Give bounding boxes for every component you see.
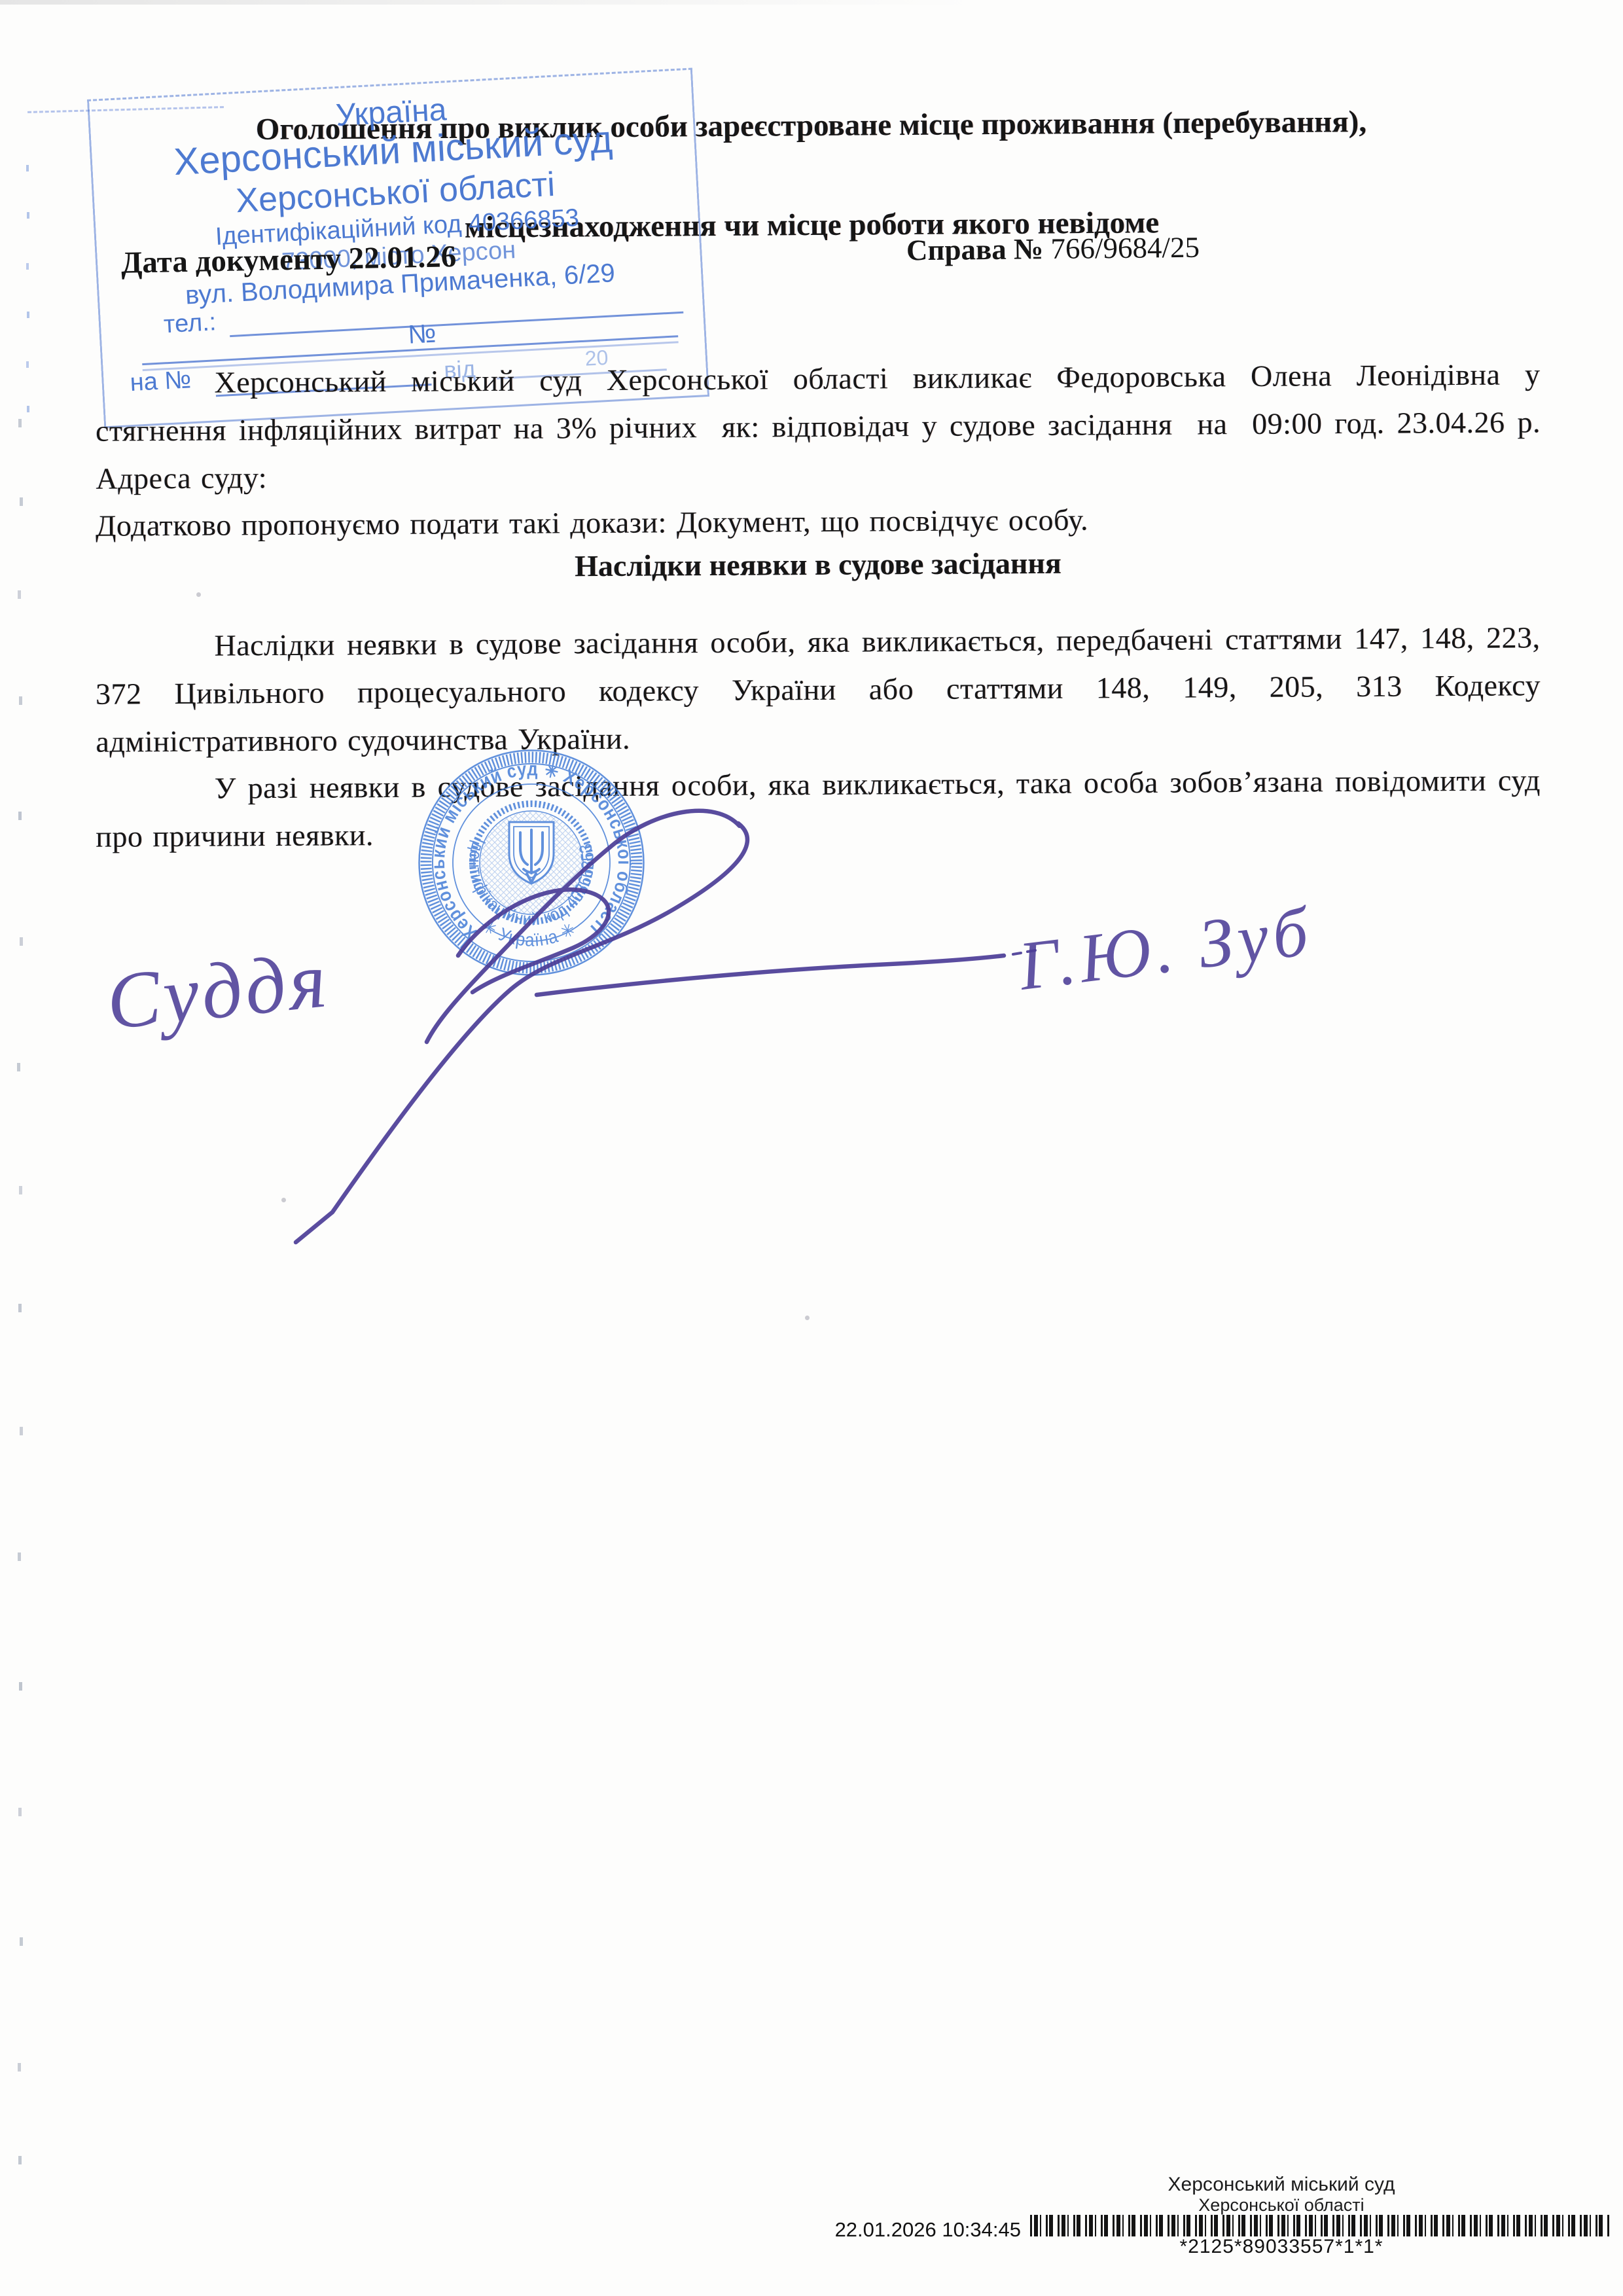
- paragraph-obligation: У разі неявки в судове засідання особи, …: [96, 756, 1541, 860]
- scanner-edge-artifacts: [18, 419, 22, 427]
- paragraph-consequences: Наслідки неявки в судове засідання особи…: [95, 613, 1541, 765]
- paragraph-evidence: Додатково пропонуємо подати такі докази:…: [96, 493, 1541, 549]
- footer-court-line2: Херсонської області: [1020, 2195, 1543, 2215]
- document-date: Дата документу 22.01.26: [121, 239, 457, 281]
- trident-base: [527, 874, 536, 882]
- section-heading: Наслідки неявки в судове засідання: [96, 543, 1541, 586]
- stamp-phone-label: тел.:: [163, 308, 217, 339]
- footer-barcode: [1030, 2215, 1611, 2236]
- footer-court-line1: Херсонський міський суд: [1020, 2174, 1543, 2195]
- svg-text:✳ Україна ✳: ✳ Україна ✳: [478, 915, 579, 950]
- paper-speck: [281, 1198, 286, 1202]
- stamp-phone-blank-line: [230, 312, 683, 337]
- judge-role-handwriting: Суддя: [103, 935, 334, 1047]
- stamp-number-label: №: [407, 319, 437, 350]
- trident-cross: [524, 869, 539, 872]
- document-date-label: Дата документу: [121, 242, 342, 279]
- paper-speck: [196, 592, 201, 597]
- seal-country-text: ✳ Україна ✳: [478, 915, 579, 950]
- paper-speck: [805, 1316, 810, 1320]
- stamp-edge-ticks: [26, 165, 29, 171]
- footer-court-name: Херсонський міський суд Херсонської обла…: [1020, 2174, 1543, 2215]
- case-number: Справа № 766/9684/25: [906, 230, 1200, 268]
- paragraph-summons: Херсонський міський суд Херсонської обла…: [95, 350, 1541, 502]
- footer-barcode-text: *2125*89033557*1*1*: [1020, 2236, 1543, 2258]
- footer-timestamp: 22.01.2026 10:34:45: [805, 2218, 1021, 2242]
- case-number-label: Справа №: [906, 232, 1044, 266]
- case-number-value: 766/9684/25: [1050, 231, 1200, 265]
- document-date-value: 22.01.26: [348, 240, 456, 276]
- signature-scribble: [296, 811, 1035, 1242]
- scanned-court-document: Оголошення про виклик особи зареєстрован…: [0, 0, 1623, 2296]
- judge-name-handwriting: Г.Ю. Зуб: [1014, 893, 1317, 1005]
